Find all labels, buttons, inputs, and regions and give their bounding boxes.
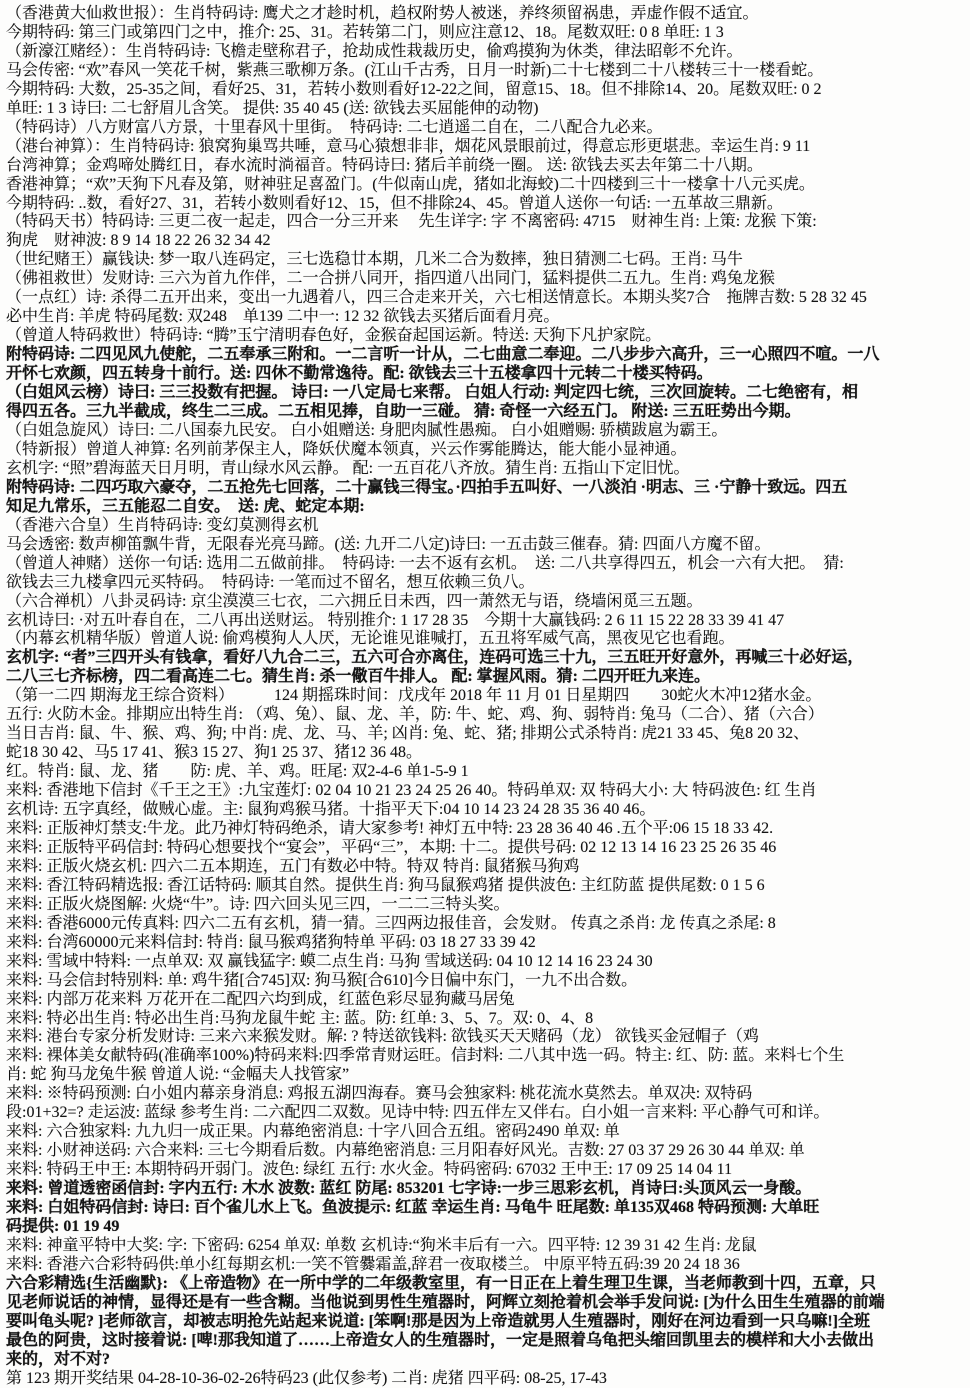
text-line: 必中生肖: 羊虎 特码尾数: 双248 单139 二中一: 12 32 欲钱去买… [6,308,966,327]
text-line: （第一二四 期海龙王综合资料） 124 期摇珠时间：戊戌年 2018 年 11 … [6,687,966,706]
text-line: （香港六合皇）生肖特码诗: 变幻莫测得玄机 [6,517,966,536]
text-line: （佛祖救世）发财诗: 三六为首九作伴，二一合拼八同开，指四道八出同门，猛料提供二… [6,270,966,289]
text-line: 开怀七欢颜，四五转身十前行。送: 四休不勤常逸待。配: 欲钱去三十五楼拿四十元转… [6,365,966,384]
text-line: （曾道人特码救世）特码诗: “腾”玉宁清明春色好，金猴奋起国运新。特送: 天狗下… [6,327,966,346]
text-line: 第 123 期开奖结果 04-28-10-36-02-26特码23 (此仅参考)… [6,1370,966,1388]
text-line: 肖: 蛇 狗马龙兔牛猴 曾道人说: “金幅夫人找管家” [6,1066,966,1085]
tipsheet-text-body: （香港黄大仙救世报）：生肖特码诗: 鹰犬之才趁时机，趋权附势人被迷，养终须留祸患… [6,5,966,1388]
text-line: 最色的阿贵，这时接着说: [啤!那我知道了……上帝造女人的生殖器时，一定是照着乌… [6,1332,966,1351]
text-line: 来料: 白姐特码信封: 诗曰: 百个雀儿水上飞。鱼波提示: 红蓝 幸运生肖: 马… [6,1199,966,1218]
text-line: 来料: 雪域中特料: 一点单双: 双 赢钱猛字: 蟆二点生肖: 马狗 雪域送码:… [6,953,966,972]
text-line: 马会透密: 数声柳笛飘牛背，无限春光亮马蹄。(送: 九开二八定)诗曰: 一五击鼓… [6,536,966,555]
text-line: （白姐风云榜）诗曰: 三三投数有把握。 诗曰: 一八定局七来帮。 白姐人行动: … [6,384,966,403]
text-line: 当日吉肖: 鼠、牛、猴、鸡、狗; 中肖: 虎、龙、马、羊; 凶肖: 兔、蛇、猪;… [6,725,966,744]
text-line: 欲钱去三九楼拿四元买特码。 特码诗: 一笔而过不留名，想互依赖三负八。 [6,574,966,593]
text-line: 玄机诗曰: ·对五叶春自在，二八再出送财运。 特别推介: 1 17 28 35 … [6,612,966,631]
text-line: （香港黄大仙救世报）：生肖特码诗: 鹰犬之才趁时机，趋权附势人被迷，养终须留祸患… [6,5,966,24]
tipsheet-page: （香港黄大仙救世报）：生肖特码诗: 鹰犬之才趁时机，趋权附势人被迷，养终须留祸患… [0,0,970,1388]
text-line: 二八三七齐标榜，四二看高连二七。猜生肖: 杀一儆百牛排人。 配: 掌握风雨。猜:… [6,668,966,687]
text-line: （白姐急旋风）诗曰: 二八国泰九民安。 白小姐赠送: 身肥肉腻性愚痴。 白小姐赠… [6,422,966,441]
text-line: 来料: 正版火烧玄机: 四六二五本期连，五门有数必中特。特双 特肖: 鼠猪猴马狗… [6,858,966,877]
text-line: 来料: 香港六合彩特码供:单小红每期玄机:一笑不管爨霜盖,辞君一夜取楼兰。 中原… [6,1256,966,1275]
text-line: 段:01+32=? 走运波: 蓝绿 参考生肖: 二六配四二双数。见诗中特: 四五… [6,1104,966,1123]
text-line: 来料: 香港地下信封《千王之王》:九宝莲灯: 02 04 10 21 23 24… [6,782,966,801]
text-line: 要叫龟头呢? ]老师欲言，却被志明抢先站起来说道: [笨啊!那是因为上帝造就男人… [6,1313,966,1332]
text-line: 来料: 香江特码精选报: 香江话特码: 顺其自然。提供生肖: 狗马鼠猴鸡猪 提供… [6,877,966,896]
text-line: 今期特码: 大数，25-35之间，看好25、31，若转小数则看好12-22之间，… [6,81,966,100]
text-line: 来料: ※特码预测: 白小姐内幕亲身消息: 鸡报五湖四海春。赛马会独家料: 桃花… [6,1085,966,1104]
text-line: 来的，对不对? [6,1351,966,1370]
text-line: 红。特肖: 鼠、龙、猪 防: 虎、羊、鸡。旺尾: 双2-4-6 单1-5-9 1 [6,763,966,782]
text-line: 来料: 六合独家料: 九九归一成正果。内幕绝密消息: 十字八回合五组。密码249… [6,1123,966,1142]
text-line: （曾道人神赌）送你一句话: 选用二五做前排。 特码诗: 一去不返有玄机。 送: … [6,555,966,574]
text-line: 来料: 内部万花来料 万花开在二配四六均到成，红蓝色彩尽显狗藏马居兔 [6,991,966,1010]
text-line: （世纪赌王）赢钱诀: 梦一取八连码定，三七选稳廿本期，几米二合为数摔，独日猜测二… [6,251,966,270]
text-line: （港台神算）：生肖特码诗: 狼窝狗巢骂共唾，意马心猿想非非，烟花风景眼前过，得意… [6,138,966,157]
text-line: 附特码诗: 二四巧取六豪夺，二五抢先七回落，二十赢钱三得宝。·四拍手五叫好、一八… [6,479,966,498]
text-line: 来料: 特必出生肖: 特必出生肖:马狗龙鼠牛蛇 主: 蓝。防: 红单: 3、5、… [6,1010,966,1029]
text-line: 玄机字: “照”碧海蓝天日月明，青山绿水风云静。 配: 一五百花八齐放。猜生肖:… [6,460,966,479]
text-line: 来料: 曾道透密函信封: 字内五行: 木水 波数: 蓝红 防尾: 853201 … [6,1180,966,1199]
text-line: 今期特码: ..数，看好27、31，若转小数则看好12、15，但不排除24、45… [6,195,966,214]
text-line: 来料: 正版神灯禁支:牛龙。此乃神灯特码绝杀，请大家参考! 神灯五中特: 23 … [6,820,966,839]
text-line: 来料: 特码王中王: 本期特码开弱门。波色: 绿红 五行: 水火金。特码密码: … [6,1161,966,1180]
text-line: 香港神算；“欢”天狗下凡春及第，财神驻足喜盈门。(牛似南山虎，猪如北海蛟)二十四… [6,176,966,195]
text-line: 码提供: 01 19 49 [6,1218,966,1237]
text-line: 来料: 裸体美女献特码(准确率100%)特码来料:四季常青财运旺。信封料: 二八… [6,1047,966,1066]
text-line: 来料: 正版特平码信封: 特码心想要找个“宴会”，平码“三”，本期: 十二。提供… [6,839,966,858]
text-line: 蛇18 30 42、马5 17 41、猴3 15 27、狗1 25 37、猪12… [6,744,966,763]
text-line: 得四五各。三九半截成，终生二三成。二五相见捧，自助一三碰。 猜: 奇怪一六经五门… [6,403,966,422]
text-line: （一点红）诗: 杀得二五开出来，变出一九遇着八，四三合走来开关，六七相送情意长。… [6,289,966,308]
text-line: 单旺: 1 3 诗曰: 二七舒眉儿含笑。 提供: 35 40 45 (送: 欲钱… [6,100,966,119]
text-line: 狗虎 财神波: 8 9 14 18 22 26 32 34 42 [6,232,966,251]
text-line: 五行: 火防木金。排期应出特生肖: （鸡、兔）、鼠、龙、羊，防: 牛、蛇、鸡、狗… [6,706,966,725]
text-line: 附特码诗: 二四见风九使舵，二五奉承三附和。一二言听一计从，二七曲意二奉迎。二八… [6,346,966,365]
text-line: 玄机诗: 五字真经，做贼心虚。主: 鼠狗鸡猴马猪。十指平天下:04 10 14 … [6,801,966,820]
text-line: 马会传密: “欢”春风一笑花千树，紫燕三歌柳万条。(江山千古秀，日月一时新)二十… [6,62,966,81]
text-line: （新濠江赌经）：生肖特码诗: 飞檐走壁称君子，抢劫成性栽裁历史，偷鸡摸狗为休类，… [6,43,966,62]
text-line: 来料: 台湾60000元来料信封: 特肖: 鼠马猴鸡猪狗特单 平码: 03 18… [6,934,966,953]
text-line: （特码天书）特码诗: 三更二夜一起走，四合一分三开来 先生详字: 字 不离密码:… [6,213,966,232]
text-line: （特码诗）八方财富八方景，十里春风十里街。 特码诗: 二七逍遥二自在，二八配合九… [6,119,966,138]
text-line: 见老师说话的神情，显得还是有一些含糊。当他说到男性生殖器时，阿辉立刻抢着机会举手… [6,1294,966,1313]
text-line: 今期特码: 第三门或第四门之中，推介: 25、31。若转第二门，则应注意12、1… [6,24,966,43]
text-line: 来料: 马会信封特别料: 单: 鸡牛猪[合745]双: 狗马猴[合610]今日偏… [6,972,966,991]
text-line: 玄机字: “者”三四开头有钱拿，看好八九合二三，五六可合亦离住，连码可选三十九，… [6,649,966,668]
text-line: 来料: 正版火烧图解: 火烧“牛”。诗: 四六回头见三四，一二二三特头奖。 [6,896,966,915]
text-line: 来料: 神童平特中大奖: 字: 下密码: 6254 单双: 单数 玄机诗:“狗米… [6,1237,966,1256]
text-line: 知足九常乐，三五能忍二自安。 送: 虎、蛇定本期: [6,498,966,517]
text-line: （特新报）曾道人神算: 名列前茅保主人，降妖伏魔本领真，兴云作雾能腾达，能大能小… [6,441,966,460]
text-line: （六合禅机）八卦灵码诗: 京尘漠漠三七衣，二六拥丘日未西，四一萧然无与语，绕墙闲… [6,593,966,612]
text-line: 来料: 港台专家分析发财诗: 三来六来猴发财。解: ? 特送欲钱料: 欲钱买天天… [6,1028,966,1047]
text-line: 来料: 小财神送码: 六合来料: 三七今期看后数。内幕绝密消息: 三月阳春好风光… [6,1142,966,1161]
text-line: 来料: 香港6000元传真料: 四六二五有玄机，猜一猜。三四两边报佳音，会发财。… [6,915,966,934]
text-line: 台湾神算；金鸡啼处腾红日，春水流时淌福音。特码诗曰: 猪后羊前绕一圈。 送: 欲… [6,157,966,176]
text-line: 六合彩精选{生活幽默}: 《上帝造物》在一所中学的二年级教室里，有一日正在上着生… [6,1275,966,1294]
text-line: （内幕玄机精华版）曾道人说: 偷鸡模狗人人厌，无论谁见谁喊打，五丑将军威气高，黑… [6,630,966,649]
